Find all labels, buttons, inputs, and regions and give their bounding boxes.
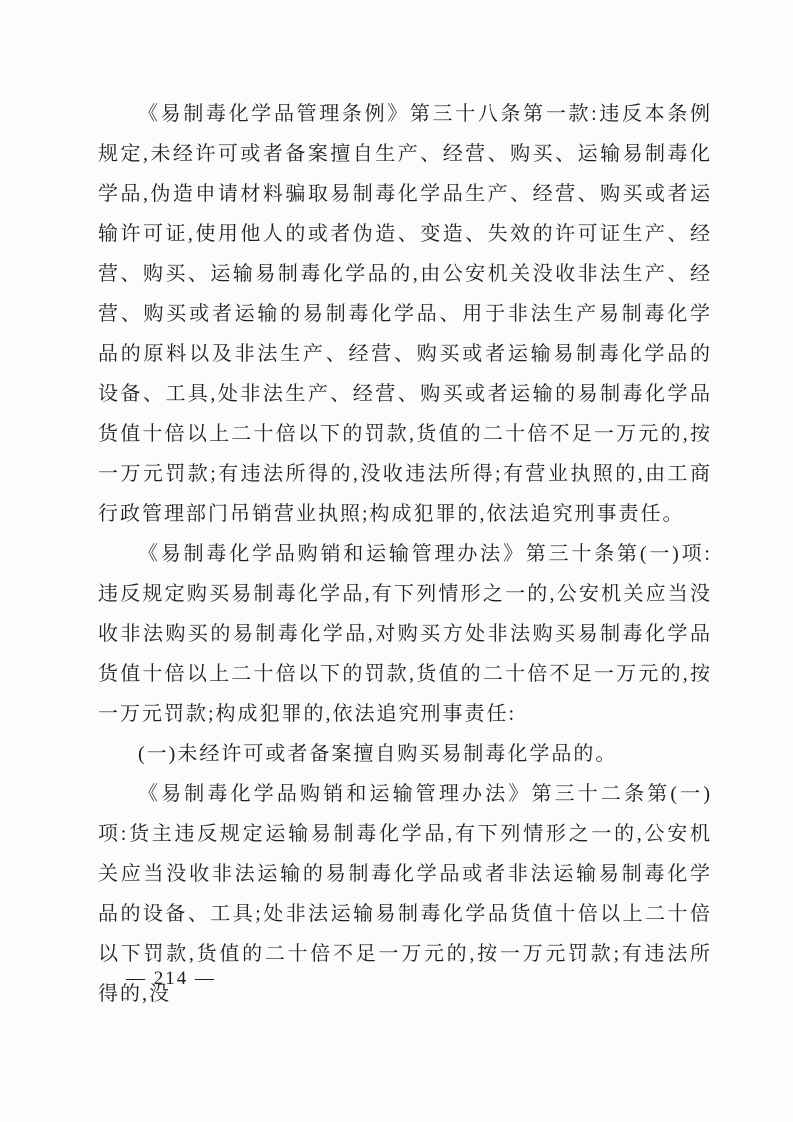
page-number: — 214 — xyxy=(126,964,216,994)
paragraph-item-one: (一)未经许可或者备案擅自购买易制毒化学品的。 xyxy=(98,734,712,774)
text-block: 《易制毒化学品管理条例》第三十八条第一款:违反本条例规定,未经许可或者备案擅自生… xyxy=(98,94,712,1014)
paragraph-regulation-article-38: 《易制毒化学品管理条例》第三十八条第一款:违反本条例规定,未经许可或者备案擅自生… xyxy=(98,94,712,534)
book-page: 《易制毒化学品管理条例》第三十八条第一款:违反本条例规定,未经许可或者备案擅自生… xyxy=(0,0,793,1122)
paragraph-measures-article-30: 《易制毒化学品购销和运输管理办法》第三十条第(一)项:违反规定购买易制毒化学品,… xyxy=(98,534,712,734)
